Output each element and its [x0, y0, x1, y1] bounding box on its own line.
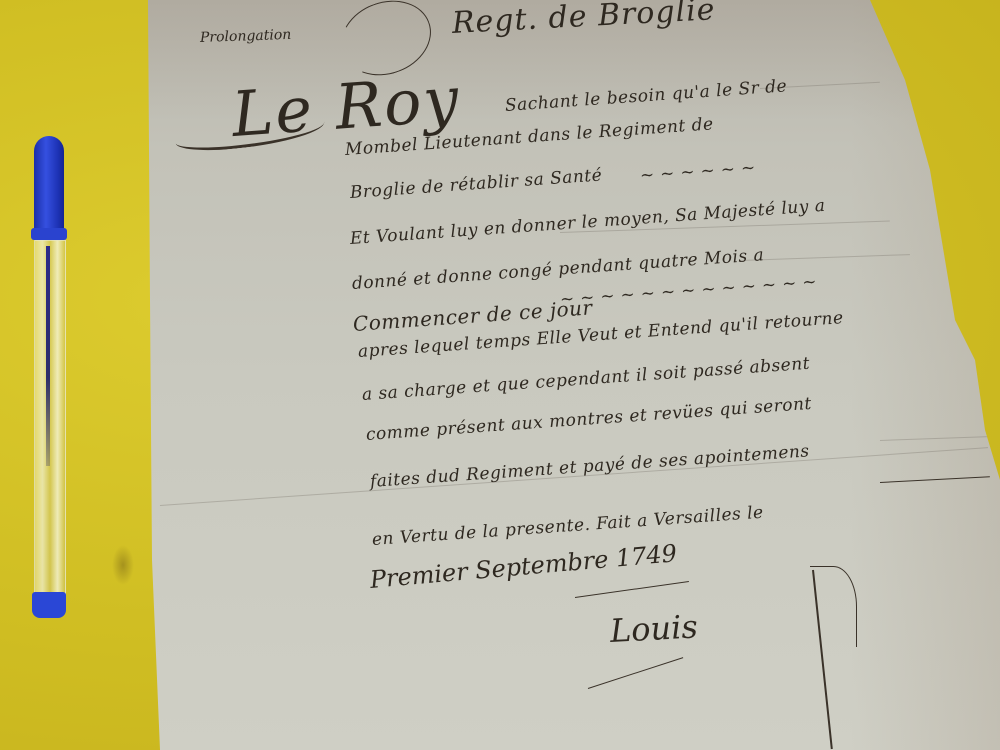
pen-cap [34, 136, 64, 236]
background-stain [112, 545, 134, 585]
pen-cap-ring [31, 228, 67, 240]
ballpoint-pen [28, 136, 70, 621]
pen-barrel [34, 240, 66, 598]
fold-line [740, 254, 910, 261]
royal-signature: Louis [609, 607, 699, 650]
pen-end-plug [32, 592, 66, 618]
fold-line [880, 436, 1000, 441]
pen-ink-refill [46, 246, 50, 466]
margin-note: Prolongation [200, 27, 292, 46]
